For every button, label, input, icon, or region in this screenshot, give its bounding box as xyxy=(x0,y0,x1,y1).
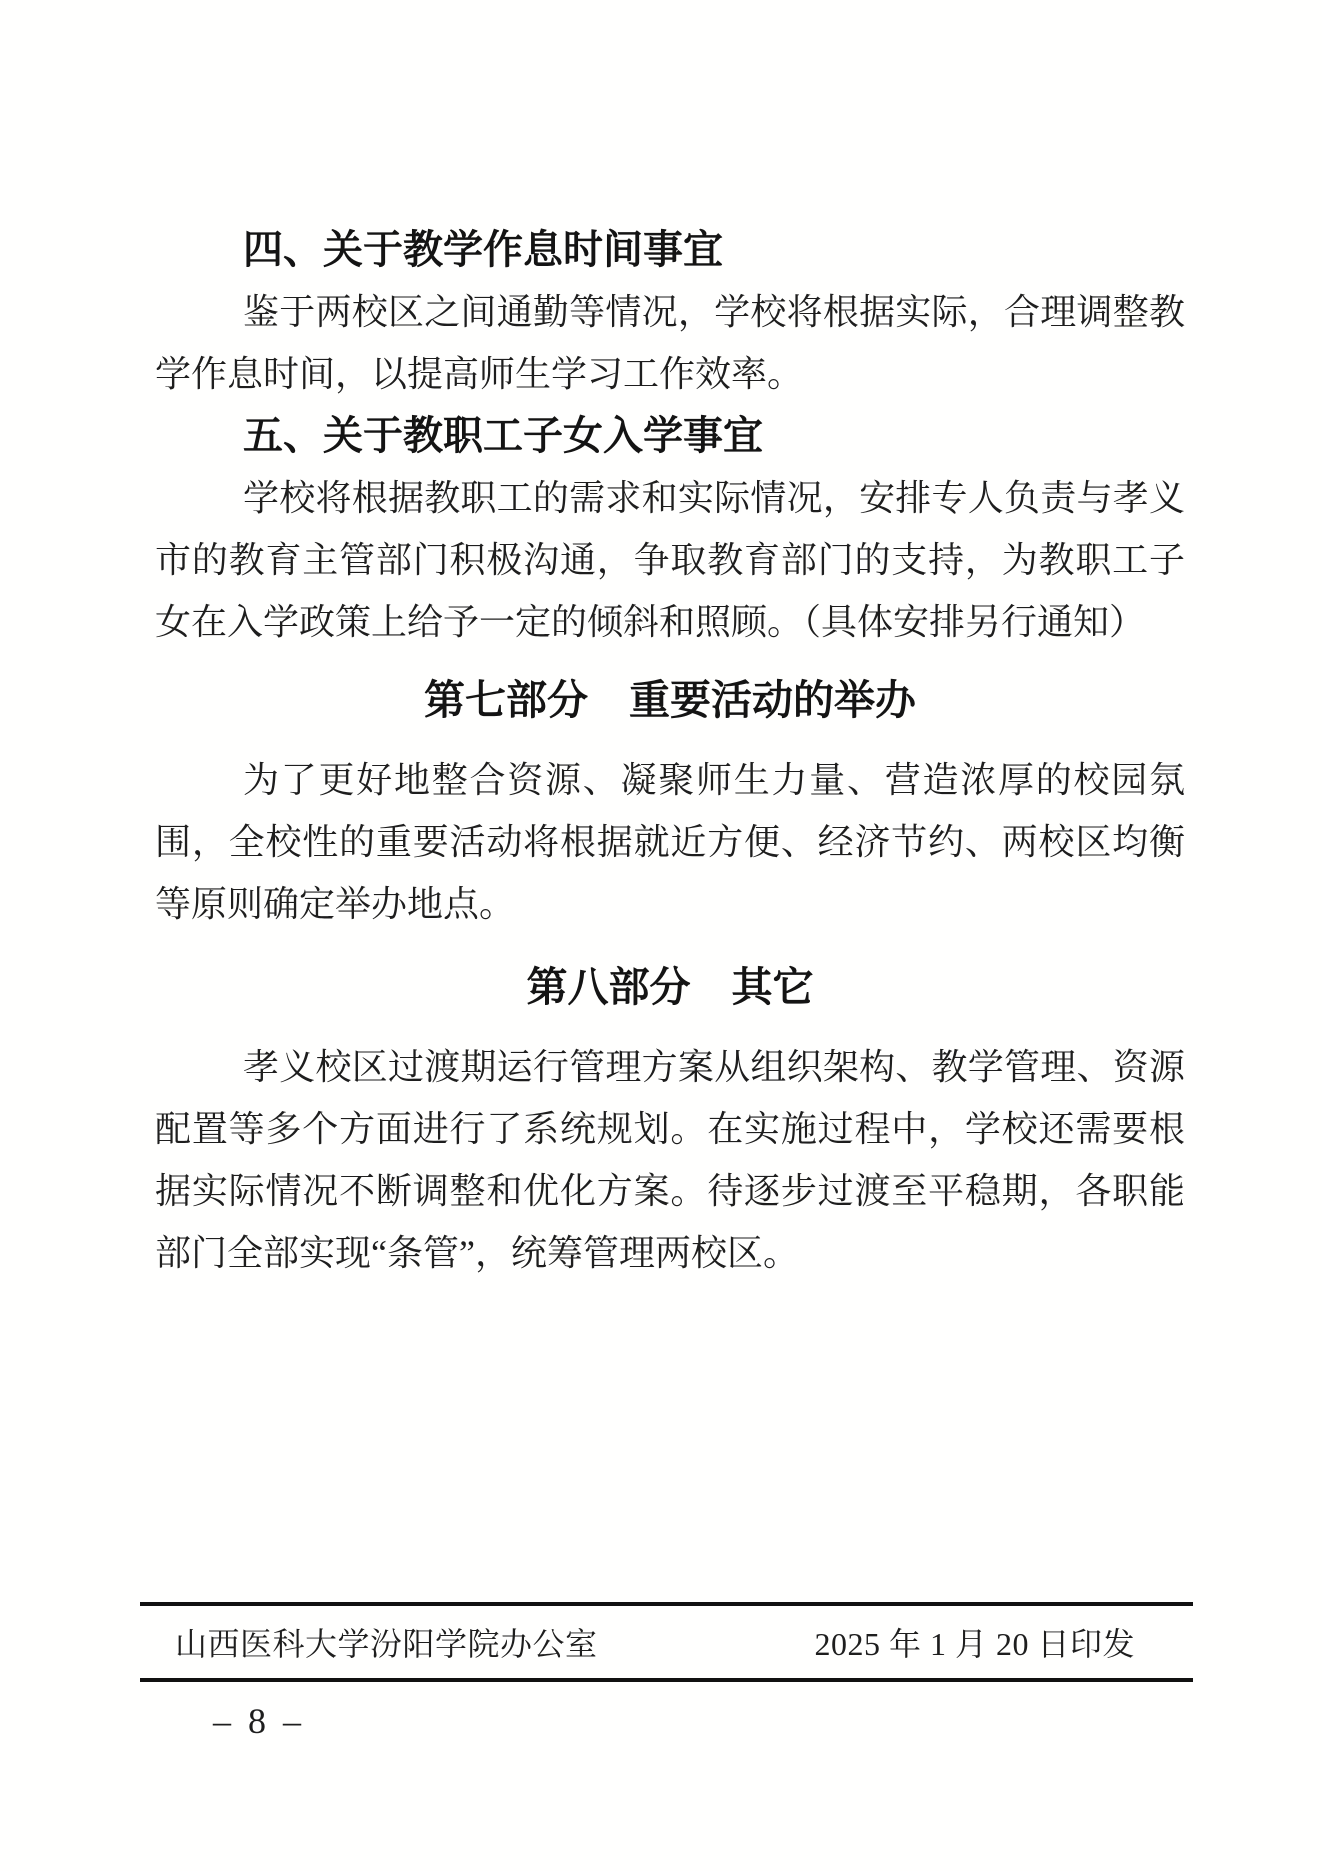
part-heading-8: 第八部分 其它 xyxy=(155,956,1185,1018)
footer-imprint-row: 山西医科大学汾阳学院办公室 2025 年 1 月 20 日印发 xyxy=(140,1606,1193,1678)
section-heading-5: 五、关于教职工子女入学事宜 xyxy=(155,405,1185,467)
print-date-label: 2025 年 1 月 20 日印发 xyxy=(814,1619,1135,1665)
paragraph-staff-children-schooling: 学校将根据教职工的需求和实际情况，安排专人负责与孝义市的教育主管部门积极沟通，争… xyxy=(155,467,1185,653)
section-heading-4: 四、关于教学作息时间事宜 xyxy=(155,219,1185,281)
document-content: 四、关于教学作息时间事宜 鉴于两校区之间通勤等情况，学校将根据实际，合理调整教学… xyxy=(155,219,1185,1284)
paragraph-other-matters: 孝义校区过渡期运行管理方案从组织架构、教学管理、资源配置等多个方面进行了系统规划… xyxy=(155,1036,1185,1284)
issuing-office-label: 山西医科大学汾阳学院办公室 xyxy=(175,1619,598,1665)
page-number: – 8 – xyxy=(213,1700,305,1742)
document-footer: 山西医科大学汾阳学院办公室 2025 年 1 月 20 日印发 xyxy=(140,1602,1193,1682)
paragraph-schedule-adjustment: 鉴于两校区之间通勤等情况，学校将根据实际，合理调整教学作息时间，以提高师生学习工… xyxy=(155,281,1185,405)
footer-rule-bottom xyxy=(140,1678,1193,1682)
document-page: 四、关于教学作息时间事宜 鉴于两校区之间通勤等情况，学校将根据实际，合理调整教学… xyxy=(0,0,1322,1871)
paragraph-major-activities: 为了更好地整合资源、凝聚师生力量、营造浓厚的校园氛围，全校性的重要活动将根据就近… xyxy=(155,749,1185,935)
part-heading-7: 第七部分 重要活动的举办 xyxy=(155,669,1185,731)
